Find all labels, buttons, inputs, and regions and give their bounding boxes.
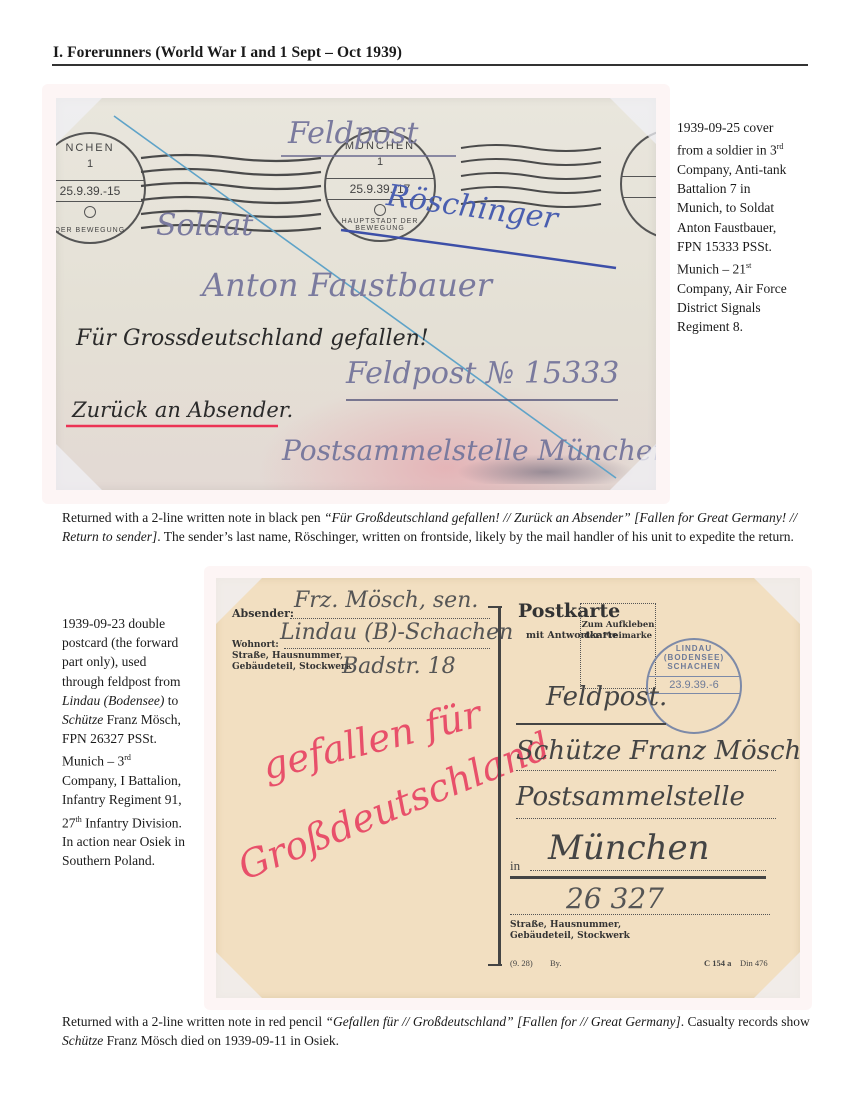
street-label-1: Straße, Hausnummer, xyxy=(232,651,343,662)
handwriting-fpn: Feldpost № 15333 xyxy=(346,356,619,391)
form-number: C 154 a xyxy=(704,958,731,968)
absender-label: Absender: xyxy=(232,608,294,619)
print-by: By. xyxy=(550,958,562,968)
address-line-3 xyxy=(516,818,776,819)
handwriting-soldat: Soldat xyxy=(156,208,253,243)
wohnort-line xyxy=(284,648,490,649)
photo-corner xyxy=(216,952,262,998)
stamp-box: Zum Aufkleben der Freimarke xyxy=(580,603,656,689)
postcard-image: Absender: Wohnort: Straße, Hausnummer, G… xyxy=(216,578,800,998)
din-number: Din 476 xyxy=(740,958,768,968)
item2-caption: Returned with a 2-line written note in r… xyxy=(62,1012,812,1050)
city-underline xyxy=(510,876,766,879)
absender-line xyxy=(290,618,490,619)
handwriting-office: Postsammelstelle xyxy=(516,782,745,812)
print-code: (9. 28) xyxy=(510,958,533,968)
bottom-street-label-2: Gebäudeteil, Stockwerk xyxy=(510,931,630,942)
in-label: in xyxy=(510,858,520,874)
handwriting-sender-town: Lindau (B)-Schachen xyxy=(280,620,513,645)
street-line xyxy=(510,914,770,915)
city-line xyxy=(530,870,766,871)
address-line-1 xyxy=(516,723,666,725)
handwriting-city: München xyxy=(548,828,710,868)
handwriting-destination: Postsammelstelle München xyxy=(282,434,656,467)
handwriting-feldpost: Feldpost xyxy=(288,116,418,151)
handwriting-recipient: Schütze Franz Mösch xyxy=(516,736,800,766)
item1-description: 1939-09-25 cover from a soldier in 3rd C… xyxy=(677,118,817,336)
title-rule xyxy=(52,64,808,66)
stamp-box-text: Zum Aufkleben der Freimarke xyxy=(581,620,655,642)
postmark-ring-text: LINDAU (BODENSEE) SCHACHEN xyxy=(648,644,740,671)
divider-top-tick xyxy=(488,606,502,608)
handwriting-note-line1: Für Grossdeutschland gefallen! xyxy=(76,326,429,351)
envelope-image: NCHEN 1 25.9.39.-15 DER BEWEGUNG MÜNCHEN… xyxy=(56,98,656,490)
photo-corner xyxy=(754,578,800,624)
page-title: I. Forerunners (World War I and 1 Sept –… xyxy=(53,44,402,62)
handwriting-sender: Frz. Mösch, sen. xyxy=(294,588,478,613)
postcard-divider xyxy=(498,606,501,966)
bottom-street-label-1: Straße, Hausnummer, xyxy=(510,920,621,931)
handwriting-feldpost: Feldpost. xyxy=(546,682,667,712)
item1-caption: Returned with a 2-line written note in b… xyxy=(62,508,802,546)
handwriting-fpn: 26 327 xyxy=(566,882,664,915)
handwriting-note-line2: Zurück an Absender. xyxy=(72,398,293,422)
wohnort-label: Wohnort: xyxy=(232,640,279,651)
handwriting-addressee: Anton Faustbauer xyxy=(202,266,492,304)
item2-description: 1939-09-23 double postcard (the forward … xyxy=(62,614,212,871)
handwriting-sender-street: Badstr. 18 xyxy=(342,654,456,679)
divider-bottom-tick xyxy=(488,964,502,966)
street-label-2: Gebäudeteil, Stockwerk xyxy=(232,662,352,673)
address-line-2 xyxy=(516,770,776,771)
